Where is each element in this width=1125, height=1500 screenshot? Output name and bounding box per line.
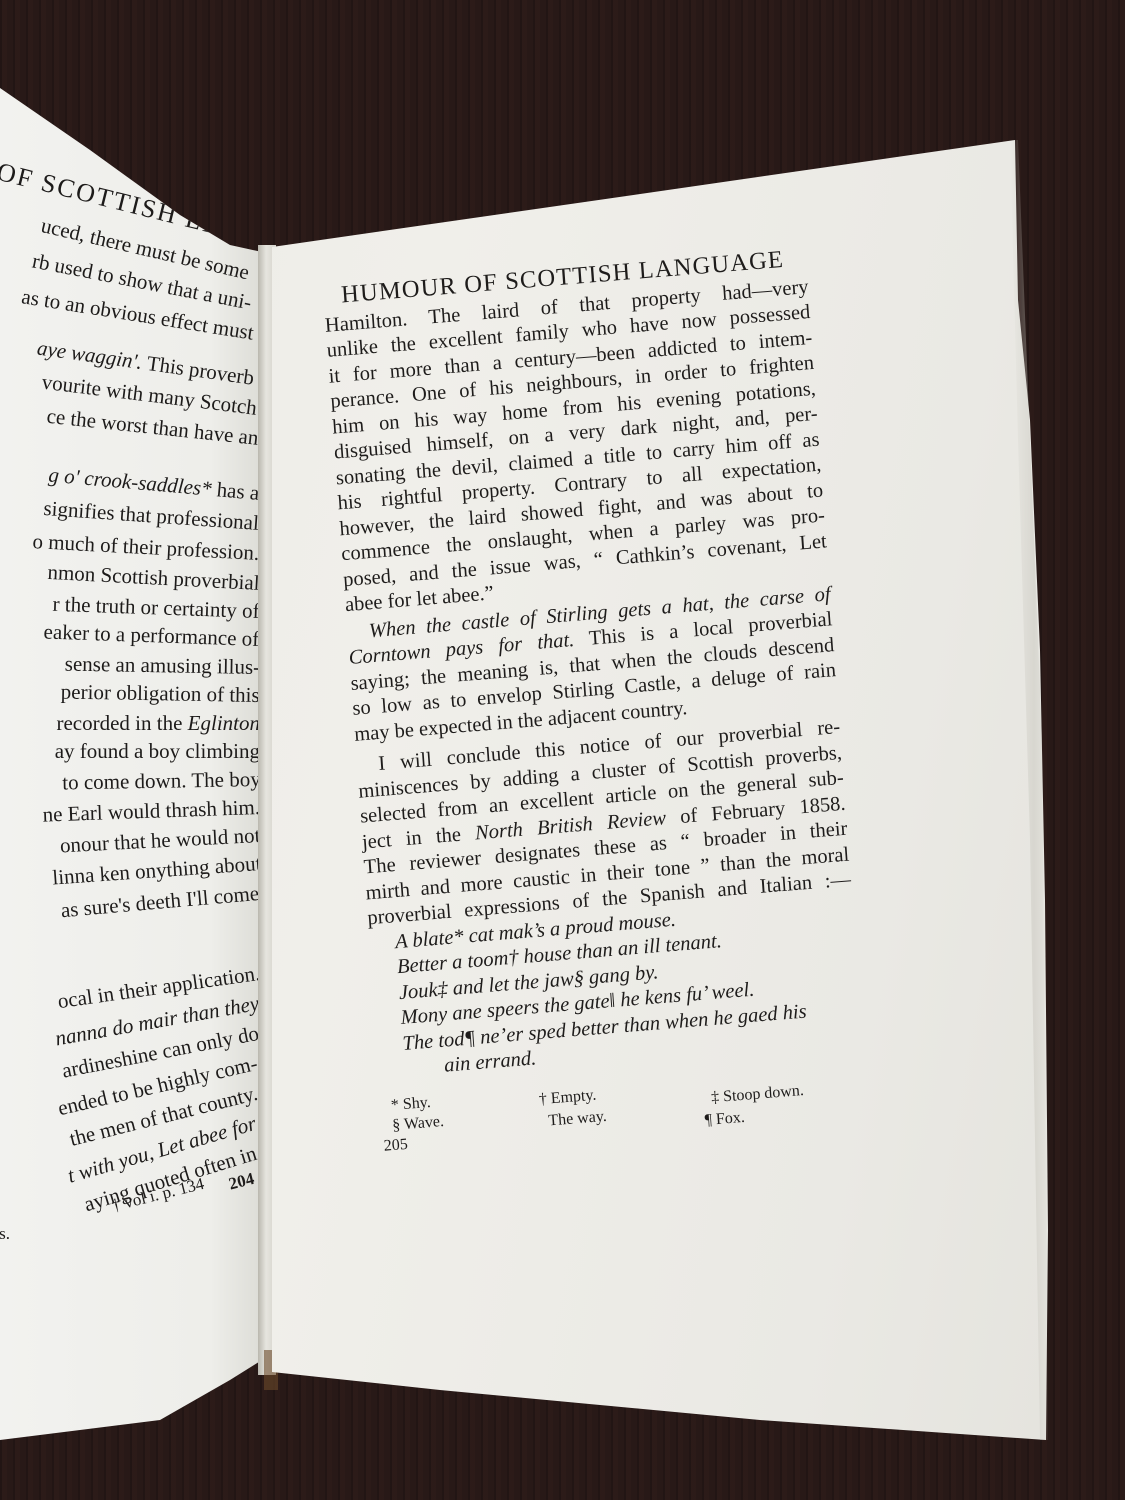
footnote-shy: * Shy. xyxy=(390,1092,431,1114)
left-trailing-fragment: rs. xyxy=(0,1220,10,1247)
paragraph-cathkin: Hamilton. The laird of that property had… xyxy=(324,275,829,619)
footnote-wave: § Wave. xyxy=(392,1111,445,1134)
left-line-15: recorded in the Eglinton xyxy=(56,710,260,737)
left-line-14: perior obligation of this xyxy=(61,679,260,709)
left-line-17: to come down. The boy xyxy=(62,766,261,796)
right-page-text: HUMOUR OF SCOTTISH LANGUAGE Hamilton. Th… xyxy=(322,245,868,1156)
footnote-stoop-down: ‡ Stoop down. xyxy=(710,1080,804,1106)
right-page-number: 205 xyxy=(383,1134,408,1155)
footnote-the-way: The way. xyxy=(548,1106,608,1130)
footnote-empty: † Empty. xyxy=(538,1085,597,1109)
left-line-16: ay found a boy climbing xyxy=(55,738,260,765)
left-line-13: sense an amusing illus- xyxy=(64,651,260,681)
footnote-fox: ¶ Fox. xyxy=(704,1107,745,1129)
left-page-number: 204 xyxy=(225,1165,256,1197)
